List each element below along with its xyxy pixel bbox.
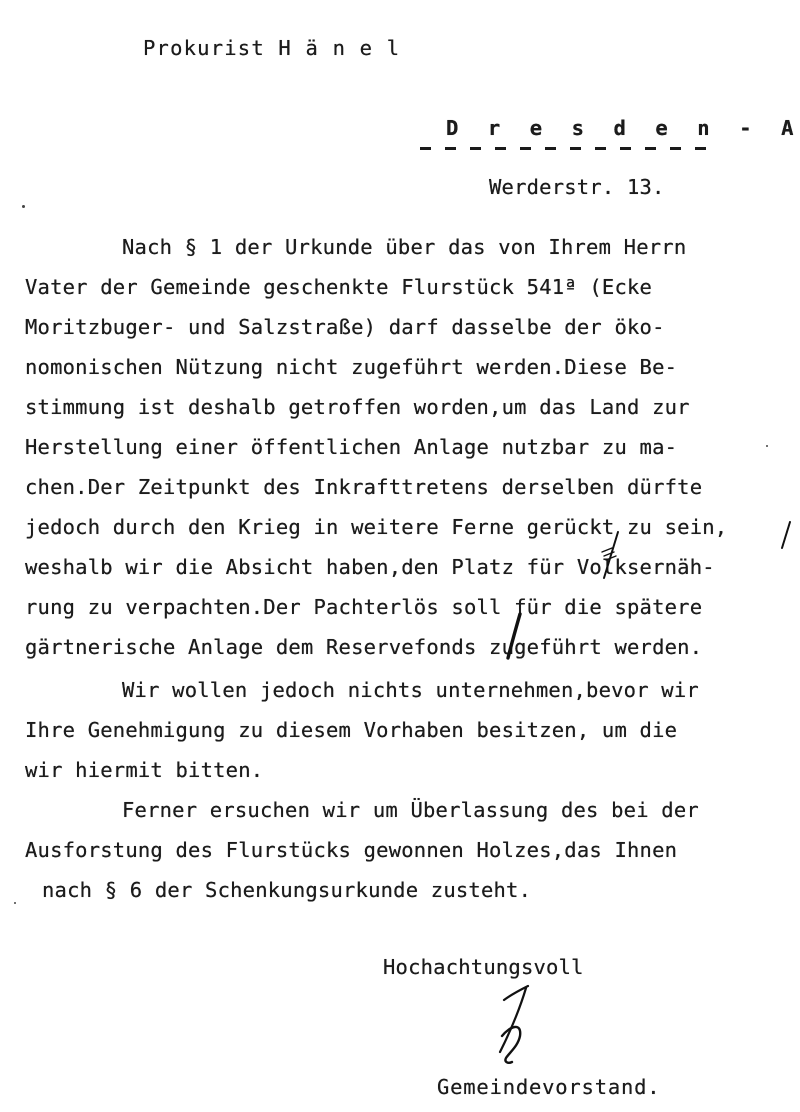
body-line: weshalb wir die Absicht haben,den Platz … (25, 555, 715, 579)
body-line: Ihre Genehmigung zu diesem Vorhaben besi… (25, 718, 677, 742)
paper-speck (22, 205, 25, 208)
paper-speck (766, 445, 768, 447)
place-heading: D r e s d e n - A. (446, 116, 800, 140)
addressee-line: Prokurist H ä n e l (143, 36, 400, 60)
body-line: chen.Der Zeitpunkt des Inkrafttretens de… (25, 475, 702, 499)
body-line: rung zu verpachten.Der Pachterlös soll f… (25, 595, 702, 619)
signature-icon (490, 980, 540, 1070)
body-line: Wir wollen jedoch nichts unternehmen,bev… (122, 678, 699, 702)
comma-insertion-icon (778, 520, 794, 550)
body-line: Ferner ersuchen wir um Überlassung des b… (122, 798, 699, 822)
body-line: gärtnerische Anlage dem Reservefonds zug… (25, 635, 702, 659)
body-line: jedoch durch den Krieg in weitere Ferne … (25, 515, 727, 539)
body-line: Nach § 1 der Urkunde über das von Ihrem … (122, 235, 686, 259)
letter-page: Prokurist H ä n e l D r e s d e n - A. W… (0, 0, 800, 1112)
body-line: Ausforstung des Flurstücks gewonnen Holz… (25, 838, 677, 862)
paper-speck (14, 902, 16, 904)
body-line: nomonischen Nützung nicht zugeführt werd… (25, 355, 677, 379)
body-line: stimmung ist deshalb getroffen worden,um… (25, 395, 690, 419)
body-line: nach § 6 der Schenkungsurkunde zusteht. (42, 878, 531, 902)
place-underline (420, 147, 708, 150)
closing-salutation: Hochachtungsvoll (383, 955, 584, 979)
body-line: Moritzbuger- und Salzstraße) darf dassel… (25, 315, 665, 339)
street-address: Werderstr. 13. (489, 175, 665, 199)
body-line: Vater der Gemeinde geschenkte Flurstück … (25, 275, 652, 299)
body-line: wir hiermit bitten. (25, 758, 263, 782)
body-line: Herstellung einer öffentlichen Anlage nu… (25, 435, 677, 459)
signatory-title: Gemeindevorstand. (437, 1075, 660, 1099)
